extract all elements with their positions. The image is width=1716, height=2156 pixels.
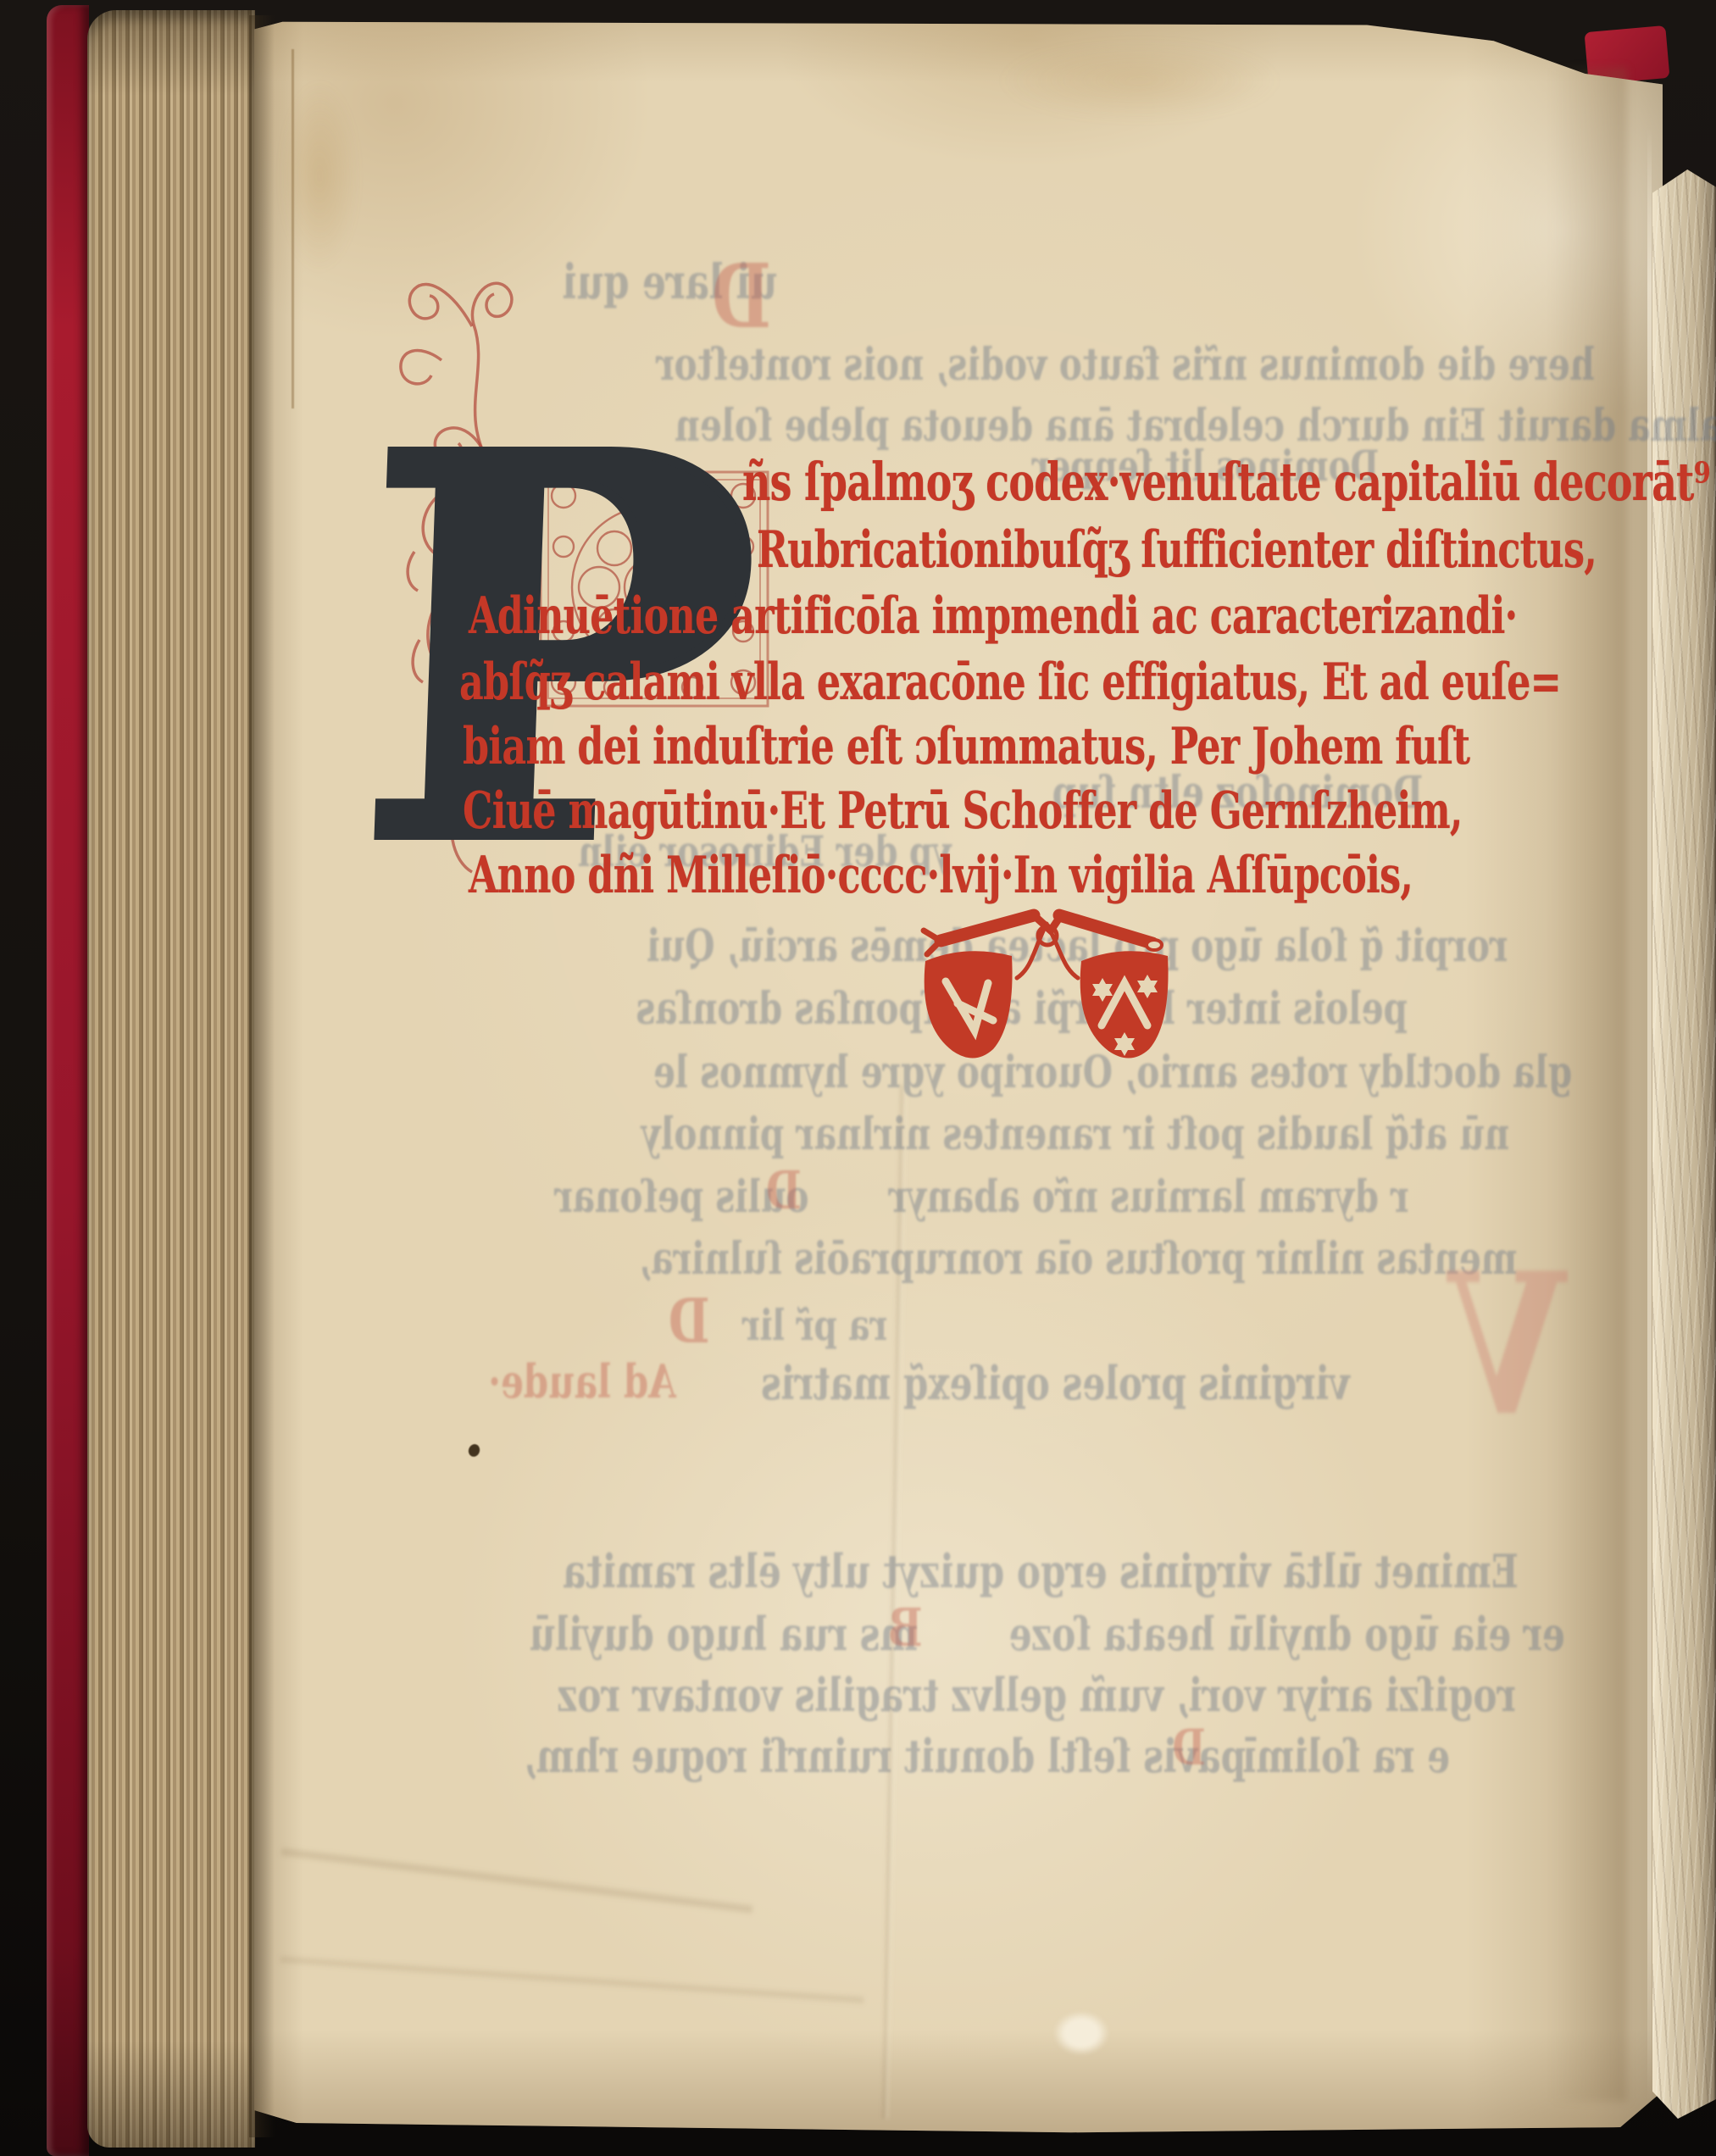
colophon-line: Ciuē magūtinū·Et Petrū Schoffer de Gernſ…	[463, 781, 1463, 841]
right-shield	[1080, 951, 1169, 1058]
colophon-line: Adinuētione artificōſa impmendi ac carac…	[469, 586, 1517, 646]
colophon-text-block: ñs ſpalmoʒ codex·venuſtate capitaliū dec…	[0, 0, 1716, 2156]
open-book-photograph: ui lare quiDhere die dominus nr̃is fauto…	[0, 0, 1716, 2156]
colophon-line: abſq̃ʒ calami vlla exaracōne ſic effigia…	[459, 653, 1561, 712]
colophon-line: biam dei induſtrie eſt ɔſummatus, Per Jo…	[463, 717, 1469, 776]
colophon-line: ñs ſpalmoʒ codex·venuſtate capitaliū dec…	[742, 451, 1710, 513]
colophon-line: Rubricationibuſq̃ʒ ſufficienter diſtinct…	[757, 520, 1597, 580]
left-shield	[925, 951, 1013, 1058]
printers-device-shields	[907, 897, 1186, 1104]
